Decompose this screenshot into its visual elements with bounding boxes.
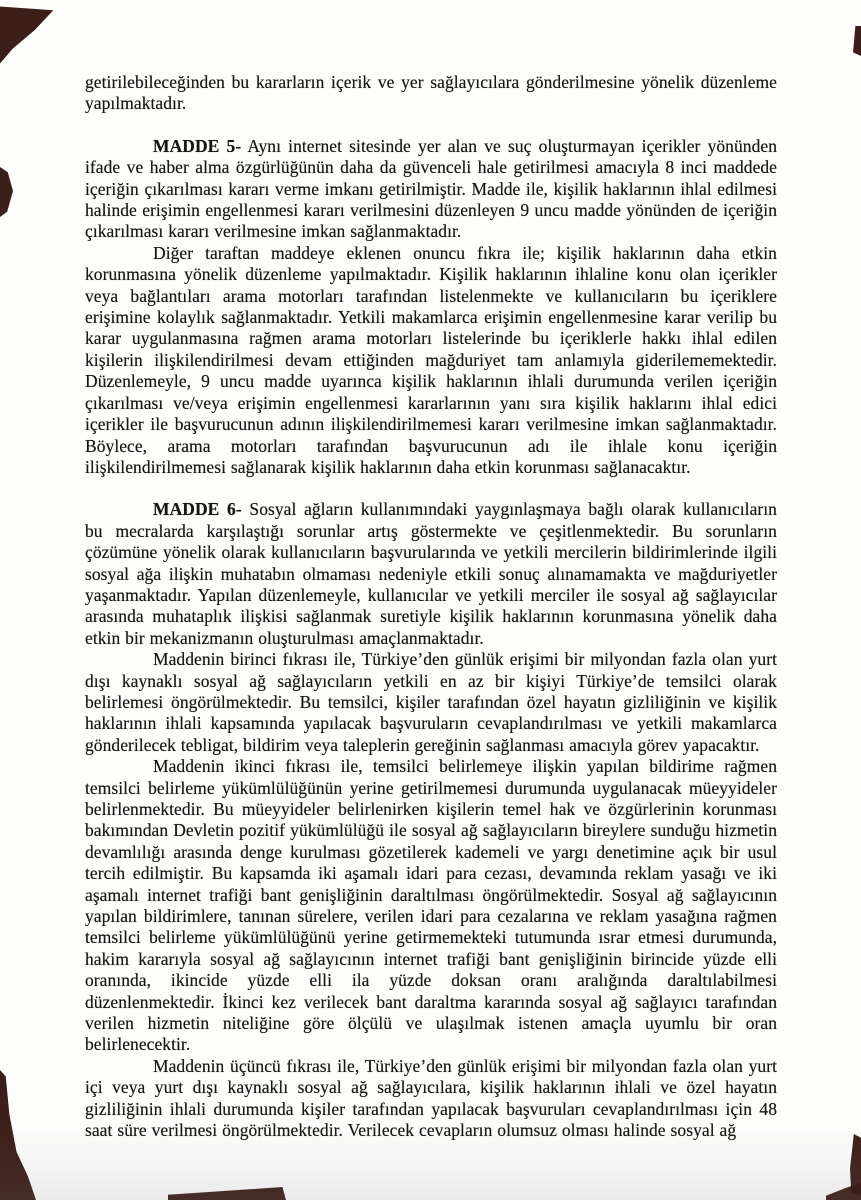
paragraph-text: Maddenin birinci fıkrası ile, Türkiye’de…: [85, 649, 777, 755]
paragraph-text: Maddenin ikinci fıkrası ile, temsilci be…: [85, 756, 777, 1054]
document-text-block: getirilebileceğinden bu kararların içeri…: [85, 72, 777, 1142]
paragraph: Maddenin üçüncü fıkrası ile, Türkiye’den…: [85, 1056, 777, 1142]
scan-artifact-left-bottom: [0, 1070, 36, 1200]
paragraph-text: Maddenin üçüncü fıkrası ile, Türkiye’den…: [85, 1056, 777, 1140]
article-label: MADDE 5-: [153, 136, 241, 156]
scanned-document-page: getirilebileceğinden bu kararların içeri…: [0, 0, 861, 1200]
paragraph: MADDE 5- Aynı internet sitesinde yer ala…: [85, 136, 777, 243]
paragraph: getirilebileceğinden bu kararların içeri…: [85, 72, 777, 115]
article-label: MADDE 6-: [153, 499, 242, 519]
paragraph-text: getirilebileceğinden bu kararların içeri…: [85, 72, 777, 113]
paragraph: Maddenin birinci fıkrası ile, Türkiye’de…: [85, 649, 777, 756]
paragraph-text: Sosyal ağların kullanımındaki yaygınlaşm…: [85, 499, 777, 647]
scan-artifact-bottom-edge: [168, 1187, 286, 1200]
paragraph: Maddenin ikinci fıkrası ile, temsilci be…: [85, 756, 777, 1056]
paragraph-text: Diğer taraftan maddeye eklenen onuncu fı…: [85, 243, 777, 477]
paragraph: MADDE 6- Sosyal ağların kullanımındaki y…: [85, 499, 777, 649]
scan-artifact-right-lower: [850, 1134, 861, 1196]
scan-artifact-left-upper: [0, 166, 13, 218]
paragraph: Diğer taraftan maddeye eklenen onuncu fı…: [85, 243, 777, 478]
scan-artifact-right-top: [853, 26, 861, 56]
scan-artifact-top-left: [0, 4, 58, 66]
